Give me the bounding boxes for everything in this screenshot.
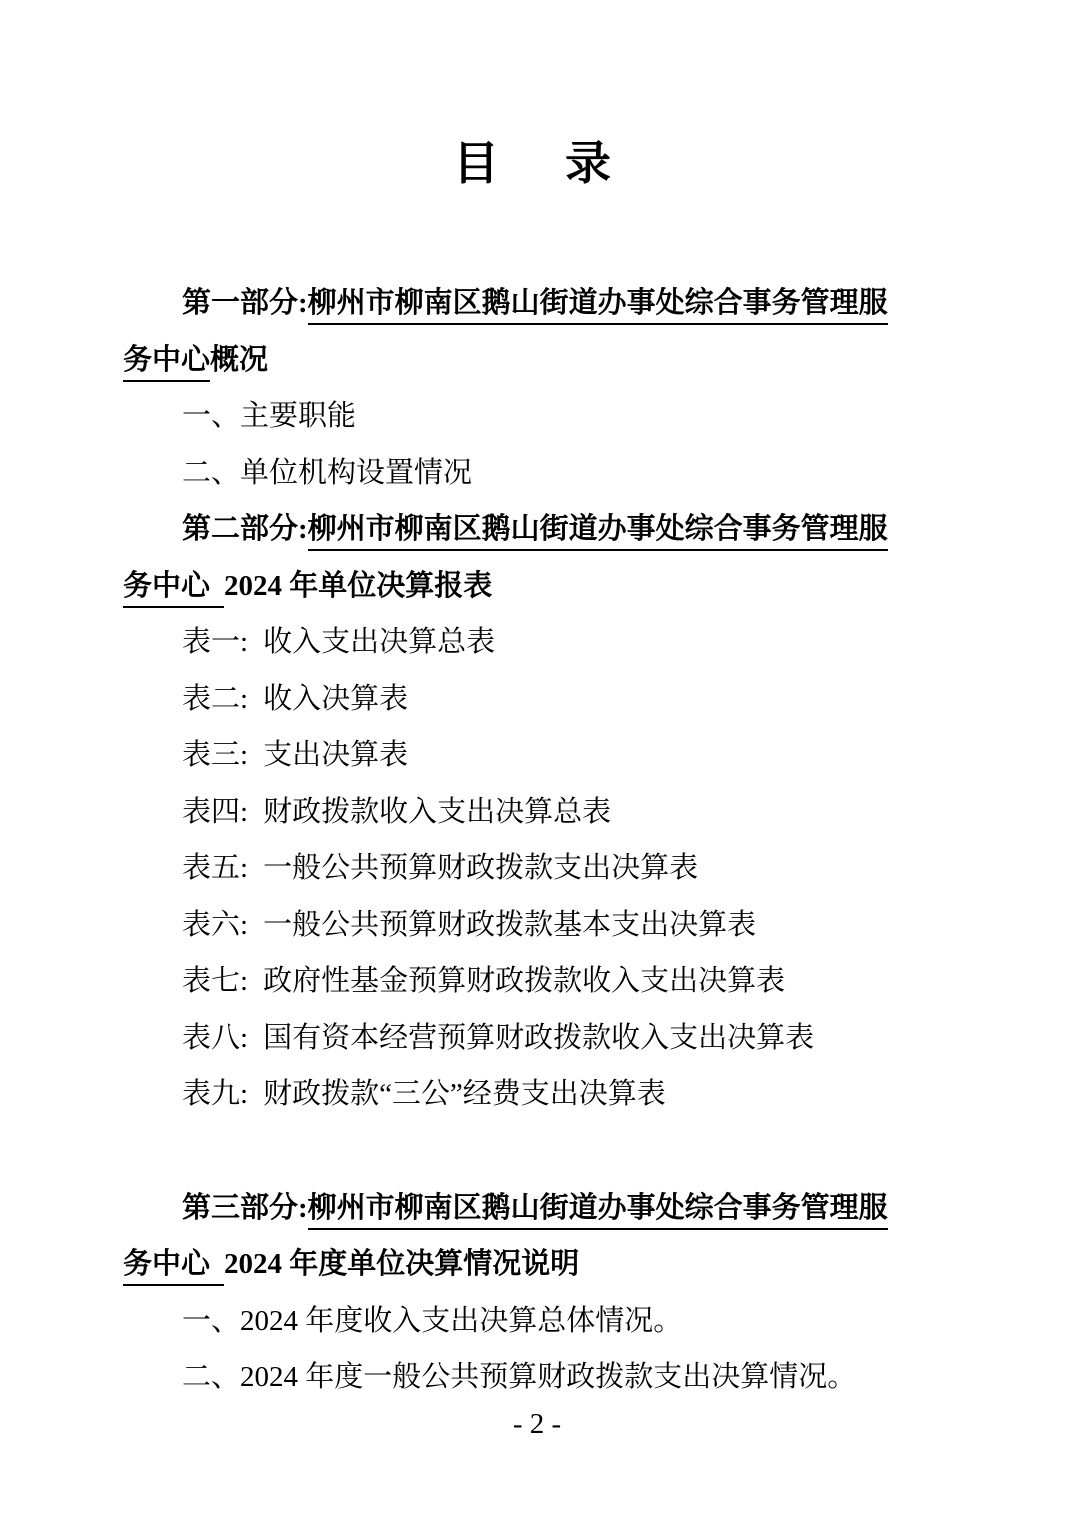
- part2-label: 第二部分:: [182, 513, 308, 545]
- part3-heading-rest: 2024 年度单位决算情况说明: [224, 1248, 579, 1280]
- part3-item-1: 一、2024 年度收入支出决算总体情况。: [123, 1293, 1074, 1350]
- blank-line: [123, 1123, 1074, 1180]
- part2-heading-line1: 第二部分:柳州市柳南区鹅山街道办事处综合事务管理服: [123, 501, 1074, 558]
- table-row: 表五:一般公共预算财政拨款支出决算表: [123, 840, 1074, 897]
- part2-heading-rest: 2024 年单位决算报表: [224, 570, 492, 602]
- part3-org-name-line1: 柳州市柳南区鹅山街道办事处综合事务管理服: [308, 1192, 888, 1230]
- table-row-no: 表九:: [182, 1078, 248, 1110]
- table-row-title: 财政拨款收入支出决算总表: [263, 796, 611, 828]
- table-row-no: 表一:: [182, 626, 248, 658]
- part2-org-name-line1: 柳州市柳南区鹅山街道办事处综合事务管理服: [308, 513, 888, 551]
- table-row-no: 表二:: [182, 683, 248, 715]
- table-row-title: 一般公共预算财政拨款支出决算表: [263, 852, 698, 884]
- table-row-title: 财政拨款“三公”经费支出决算表: [263, 1078, 666, 1110]
- part1-item-1: 一、主要职能: [123, 388, 1074, 445]
- table-row: 表六:一般公共预算财政拨款基本支出决算表: [123, 897, 1074, 954]
- part1-heading-line2: 务中心概况: [123, 332, 1074, 389]
- table-row: 表四:财政拨款收入支出决算总表: [123, 784, 1074, 841]
- document-page: 目 录 第一部分:柳州市柳南区鹅山街道办事处综合事务管理服 务中心概况 一、主要…: [0, 0, 1074, 1520]
- table-of-contents: 第一部分:柳州市柳南区鹅山街道办事处综合事务管理服 务中心概况 一、主要职能 二…: [0, 188, 1074, 1406]
- table-row: 表二:收入决算表: [123, 671, 1074, 728]
- table-row-title: 收入决算表: [263, 683, 408, 715]
- part3-label: 第三部分:: [182, 1192, 308, 1224]
- table-row-title: 一般公共预算财政拨款基本支出决算表: [263, 909, 756, 941]
- table-row: 表九:财政拨款“三公”经费支出决算表: [123, 1066, 1074, 1123]
- part3-heading-line2: 务中心2024 年度单位决算情况说明: [123, 1236, 1074, 1293]
- part1-heading-rest: 概况: [210, 344, 268, 376]
- table-row-title: 收入支出决算总表: [263, 626, 495, 658]
- part1-org-name-line2: 务中心: [123, 344, 210, 382]
- table-row-title: 国有资本经营预算财政拨款收入支出决算表: [263, 1022, 814, 1054]
- page-number: - 2 -: [0, 1408, 1074, 1440]
- page-title: 目 录: [0, 0, 1074, 188]
- part3-org-name-line2: 务中心: [123, 1248, 224, 1286]
- part1-label: 第一部分:: [182, 287, 308, 319]
- table-row: 表三:支出决算表: [123, 727, 1074, 784]
- table-row: 表一:收入支出决算总表: [123, 614, 1074, 671]
- table-row: 表八:国有资本经营预算财政拨款收入支出决算表: [123, 1010, 1074, 1067]
- part1-item-2: 二、单位机构设置情况: [123, 445, 1074, 502]
- table-row-no: 表七:: [182, 965, 248, 997]
- part3-heading-line1: 第三部分:柳州市柳南区鹅山街道办事处综合事务管理服: [123, 1180, 1074, 1237]
- part2-org-name-line2: 务中心: [123, 570, 224, 608]
- table-row-no: 表八:: [182, 1022, 248, 1054]
- part2-heading-line2: 务中心2024 年单位决算报表: [123, 558, 1074, 615]
- table-row-no: 表四:: [182, 796, 248, 828]
- table-row-title: 支出决算表: [263, 739, 408, 771]
- table-row-no: 表五:: [182, 852, 248, 884]
- table-row-title: 政府性基金预算财政拨款收入支出决算表: [263, 965, 785, 997]
- part3-item-2: 二、2024 年度一般公共预算财政拨款支出决算情况。: [123, 1349, 1074, 1406]
- part1-org-name-line1: 柳州市柳南区鹅山街道办事处综合事务管理服: [308, 287, 888, 325]
- table-row-no: 表六:: [182, 909, 248, 941]
- part1-heading-line1: 第一部分:柳州市柳南区鹅山街道办事处综合事务管理服: [123, 275, 1074, 332]
- table-row: 表七:政府性基金预算财政拨款收入支出决算表: [123, 953, 1074, 1010]
- table-row-no: 表三:: [182, 739, 248, 771]
